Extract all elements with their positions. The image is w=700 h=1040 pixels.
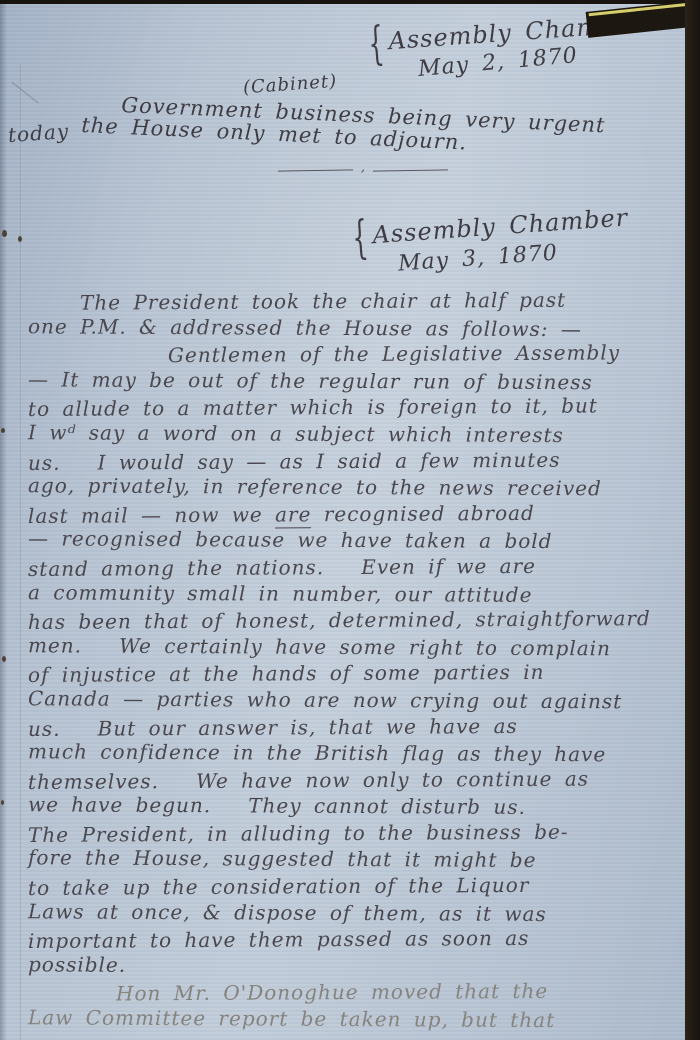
manuscript-line: — recognised because we have taken a bol… [28, 526, 676, 556]
manuscript-line: we have begun. They cannot disturb us. [28, 792, 676, 822]
divider-tick-mark: , [361, 159, 365, 175]
section-divider-flourish: , [278, 162, 448, 178]
manuscript-line: one P.M. & addressed the House as follow… [28, 313, 676, 343]
manuscript-line: us. I would say — as I said a few minute… [28, 446, 676, 477]
manuscript-line: to take up the consideration of the Liqu… [28, 871, 676, 902]
manuscript-line: Canada — parties who are now crying out … [28, 685, 676, 715]
body-lines: The President took the chair at half pas… [28, 288, 676, 1033]
manuscript-line: much confidence in the British flag as t… [28, 738, 676, 768]
manuscript-line: themselves. We have now only to continue… [28, 765, 676, 796]
manuscript-line: to allude to a matter which is foreign t… [28, 392, 676, 423]
brace-flourish: { [351, 212, 371, 264]
manuscript-paper: {Assembly Chamber May 2, 1870 (Cabinet) … [0, 4, 685, 1040]
manuscript-line: men. We certainly have some right to com… [28, 632, 676, 662]
paper-corner-crease [11, 82, 38, 104]
brace-flourish: { [367, 18, 387, 70]
manuscript-line: Hon Mr. O'Donoghue moved that the [28, 977, 676, 1008]
manuscript-line: us. But our answer is, that we have as [28, 712, 676, 743]
manuscript-line: Law Committee report be taken up, but th… [28, 1004, 676, 1034]
divider-line-left [278, 169, 353, 171]
paper-speck [1, 800, 4, 805]
dateline-date-may3: May 3, 1870 [397, 240, 559, 278]
underlined-word: are [275, 502, 311, 528]
manuscript-photo: {Assembly Chamber May 2, 1870 (Cabinet) … [0, 0, 700, 1040]
paper-speck [1, 428, 5, 433]
photo-right-border [685, 0, 700, 1040]
dateline-place-text: Assembly Chamber [372, 203, 629, 249]
photo-top-border [0, 0, 700, 4]
manuscript-line: — It may be out of the regular run of bu… [28, 366, 676, 396]
paper-speck [18, 236, 22, 242]
manuscript-line: a community small in number, our attitud… [28, 579, 676, 609]
paper-vertical-crease [20, 64, 22, 1040]
manuscript-line: stand among the nations. Even if we are [28, 552, 676, 583]
paper-speck [2, 230, 7, 237]
manuscript-line: I wᵈ say a word on a subject which inter… [28, 419, 676, 449]
manuscript-line: important to have them passed as soon as [28, 924, 676, 955]
manuscript-line: of injustice at the hands of some partie… [28, 658, 676, 689]
manuscript-line: last mail — now we are recognised abroad [28, 499, 676, 530]
paper-left-edge-shadow [0, 4, 7, 1040]
manuscript-line: Laws at once, & dispose of them, as it w… [28, 898, 676, 928]
opening-line-2-margin-word: today [7, 118, 70, 149]
manuscript-line: fore the House, suggested that it might … [28, 845, 676, 875]
manuscript-line: ago, privately, in reference to the news… [28, 472, 676, 502]
dateline-place-may3: {Assembly Chamber [351, 204, 629, 250]
paper-speck [2, 656, 6, 662]
manuscript-line: has been that of honest, determined, str… [28, 605, 676, 636]
manuscript-line: Gentlemen of the Legislative Assembly [28, 339, 676, 370]
manuscript-line: The President took the chair at half pas… [28, 286, 676, 317]
divider-line-right [373, 169, 448, 171]
